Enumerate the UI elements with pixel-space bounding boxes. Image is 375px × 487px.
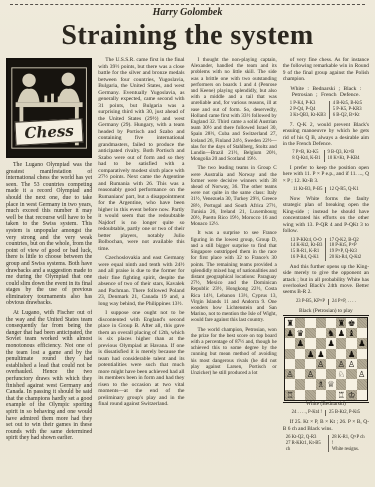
headline: Straining the system [6, 20, 369, 51]
board-square: ♟ [346, 349, 356, 359]
moves-table-6: 24 . . . ., P-Kt4 !25 B-Kt2, P-Kt5 [283, 410, 369, 416]
paragraph: The U.S.S.R. came first in the final wit… [98, 57, 184, 252]
moves-table-5: 23 P-B5, KP×P24 P×P, . . . . [283, 299, 369, 305]
paragraph: The two leading teams in Group C were Au… [191, 165, 277, 227]
move-row: 10 K×Kt, P-KB4 [328, 156, 360, 162]
annotation-5: If 25. Kt × P, B × Kt ; 26. P × B, Q-B 6… [283, 419, 369, 432]
diagram-caption-top: Black (Petrosian) to play [283, 308, 369, 314]
board-square: ♙ [316, 359, 326, 369]
board-square [305, 379, 315, 389]
move-row: 16 P-R4, Q-K1 [290, 255, 322, 261]
board-square: ♙ [336, 359, 346, 369]
moves-table-2: 7 P×B, Kt-K58 Q-Kt4, K-B19 B-Q3, Kt×B10 … [283, 150, 369, 162]
board-square: ♝ [346, 328, 356, 338]
board-square [357, 349, 367, 359]
moves-column: 4 B-Kt5, B-Kt55 P-K5, P-KR36 B-Q2, B×Kt [329, 101, 365, 118]
board-square [326, 369, 336, 379]
board-square [357, 328, 367, 338]
moves-table-4: 13 P-KKt4, O-O14 K-Kt2, Kt-B315 R-R1, K-… [283, 238, 369, 261]
moves-table-3: 11 Kt-B3, P-B512 Q-R5, Q-K1 [283, 187, 369, 193]
move-row: 11 Kt-B3, P-B5 [293, 187, 322, 193]
moves-column: 24 P×P, . . . . [328, 299, 359, 305]
moves-column: 26 Kt-Q2, Q-R327 R-KKt1, Kt-B5 ch [283, 435, 328, 452]
board-square [326, 390, 336, 400]
board-square [357, 318, 367, 328]
chess-illustration: Chess [6, 58, 92, 158]
board-square [357, 379, 367, 389]
moves-column: 13 P-KKt4, O-O14 K-Kt2, Kt-B315 R-R1, K-… [287, 238, 325, 261]
board-square [336, 338, 346, 348]
board-square: ♙ [285, 369, 295, 379]
board-square: ♘ [336, 369, 346, 379]
board-square: ♙ [305, 369, 315, 379]
board-square: ♟ [357, 338, 367, 348]
board-square [285, 349, 295, 359]
column-1: Chess The Lugano Olympiad was the greate… [6, 57, 92, 482]
move-row: 3 Kt-QB3, Kt-KB3 [290, 113, 326, 119]
board-square: ♟ [326, 338, 336, 348]
board-square [295, 349, 305, 359]
moves-table-7: 26 Kt-Q2, Q-R327 R-KKt1, Kt-B5 ch28 K-R1… [283, 435, 369, 452]
board-square: ♟ [336, 328, 346, 338]
paragraph: I thought the non-playing captain, Alexa… [191, 57, 277, 162]
board-square [357, 390, 367, 400]
board-square [285, 338, 295, 348]
move-row: White resigns. [332, 447, 366, 453]
moves-column: 28 K-R1, Q×P ch !White resigns. [328, 435, 369, 452]
board-square: ♜ [285, 318, 295, 328]
move-row: 24 P×P, . . . . [332, 299, 356, 305]
board-square [316, 328, 326, 338]
board-square [295, 318, 305, 328]
board-square: ♟ [295, 338, 305, 348]
annotation-1: 7. Q-K 2, would prevent Black's ensuing … [283, 122, 369, 148]
column-3-text: I thought the non-playing captain, Alexa… [191, 57, 277, 376]
paragraph: It was a surprise to see France figuring… [191, 230, 277, 323]
board-square [326, 318, 336, 328]
board-square: ♜ [336, 318, 346, 328]
board-square [305, 318, 315, 328]
paragraph: I suppose one ought not to be discontent… [98, 310, 184, 408]
annotation-3: Now White forms the faulty strategic pla… [283, 196, 369, 234]
board-square [305, 338, 315, 348]
board-square [326, 349, 336, 359]
board-square: ♚ [346, 318, 356, 328]
board-square [357, 359, 367, 369]
moves-column: 11 Kt-B3, P-B5 [290, 187, 325, 193]
move-row: 27 R-KKt1, Kt-B5 ch [286, 441, 325, 453]
paragraph: The world champion, Petrosian, won the p… [191, 327, 277, 377]
column-2-text: The U.S.S.R. came first in the final wit… [98, 57, 184, 408]
move-row: 28 K-R1, Q×P ch ! [332, 435, 366, 447]
move-row: 23 P-B5, KP×P [296, 299, 325, 305]
paragraph: At Lugano, with Fischer out of the way a… [6, 310, 92, 442]
moves-column: 17 Q-K2, B-Q218 P-Kt5, P×P19 P×P, Q-Kt32… [325, 238, 364, 261]
paragraph: The Lugano Olympiad was the greatest man… [6, 162, 92, 307]
move-row: 20 Kt-R4, Q-Kt2 [329, 255, 361, 261]
board-square [305, 359, 315, 369]
board-square [285, 379, 295, 389]
annotation-2: I prefer to keep the position open here … [283, 165, 369, 184]
board-square [305, 328, 315, 338]
moves-column: 24 . . . ., P-Kt4 ! [289, 410, 325, 416]
board-square [295, 359, 305, 369]
move-row: 12 Q-R5, Q-K1 [329, 187, 358, 193]
board-square: ♛ [295, 328, 305, 338]
moves-column: 23 P-B5, KP×P [293, 299, 328, 305]
column-3: I thought the non-playing captain, Alexa… [191, 57, 277, 482]
board-square: ♔ [346, 390, 356, 400]
game-intro: of very fine chess. As for instance the … [283, 57, 369, 83]
board-square: ♟ [285, 328, 295, 338]
moves-column: 7 P×B, Kt-K58 Q-Kt4, K-B1 [289, 150, 323, 162]
board-square [295, 390, 305, 400]
board-square [295, 379, 305, 389]
board-square: ♖ [336, 390, 346, 400]
column-1-text: The Lugano Olympiad was the greatest man… [6, 162, 92, 442]
board-square: ♙ [346, 359, 356, 369]
board-square: ♗ [316, 379, 326, 389]
moves-column: 25 B-Kt2, P-Kt5 [325, 410, 363, 416]
newspaper-page: Harry Golombek Straining the system [0, 0, 375, 487]
board-square [295, 369, 305, 379]
board-square: ♕ [326, 379, 336, 389]
moves-table-1: 1 P-K4, P-K32 P-Q4, P-Q43 Kt-QB3, Kt-KB3… [283, 101, 369, 118]
annotation-4: And this further opens up the King-side … [283, 264, 369, 296]
board-square [336, 379, 346, 389]
column-layout: Chess The Lugano Olympiad was the greate… [6, 57, 369, 482]
move-row: 25 B-Kt2, P-Kt5 [329, 410, 360, 416]
board-square [346, 379, 356, 389]
board-square: ♞ [326, 328, 336, 338]
board-square [316, 390, 326, 400]
board-square [316, 369, 326, 379]
paragraph: Czechoslovakia and east Germany were equ… [98, 255, 184, 307]
byline: Harry Golombek [6, 7, 369, 19]
board-square: ♙ [357, 369, 367, 379]
diagram-caption-bottom: White (Bednarski) [283, 401, 369, 407]
move-row: 8 Q-Kt4, K-B1 [292, 156, 320, 162]
moves-column: 9 B-Q3, Kt×B10 K×Kt, P-KB4 [324, 150, 363, 162]
board-square [316, 318, 326, 328]
board-square [326, 359, 336, 369]
moves-column: 1 P-K4, P-K32 P-Q4, P-Q43 Kt-QB3, Kt-KB3 [287, 101, 329, 118]
board-square [285, 359, 295, 369]
column-4: of very fine chess. As for instance the … [283, 57, 369, 482]
top-rule [10, 4, 365, 5]
board-square: ♟ [316, 349, 326, 359]
column-2: The U.S.S.R. came first in the final wit… [98, 57, 184, 482]
board-square [316, 338, 326, 348]
board-square: ♟ [305, 349, 315, 359]
illustration-caption: Chess [14, 118, 83, 146]
board-square: ♖ [285, 390, 295, 400]
chess-board: ♜♜♚♟♛♞♟♝♟♟♟♟♟♟♙♙♙♙♙♘♙♗♕♖♖♔ [284, 317, 368, 401]
board-square [336, 349, 346, 359]
game-header: White : Bednarski ; Black : Petrosian ; … [283, 86, 369, 99]
board-square [305, 390, 315, 400]
moves-column: 12 Q-R5, Q-K1 [325, 187, 361, 193]
chess-diagram: Black (Petrosian) to play ♜♜♚♟♛♞♟♝♟♟♟♟♟♟… [283, 308, 369, 408]
move-row: 24 . . . ., P-Kt4 ! [292, 410, 322, 416]
board-square [346, 338, 356, 348]
board-square [346, 369, 356, 379]
move-row: 6 B-Q2, B×Kt [333, 113, 362, 119]
